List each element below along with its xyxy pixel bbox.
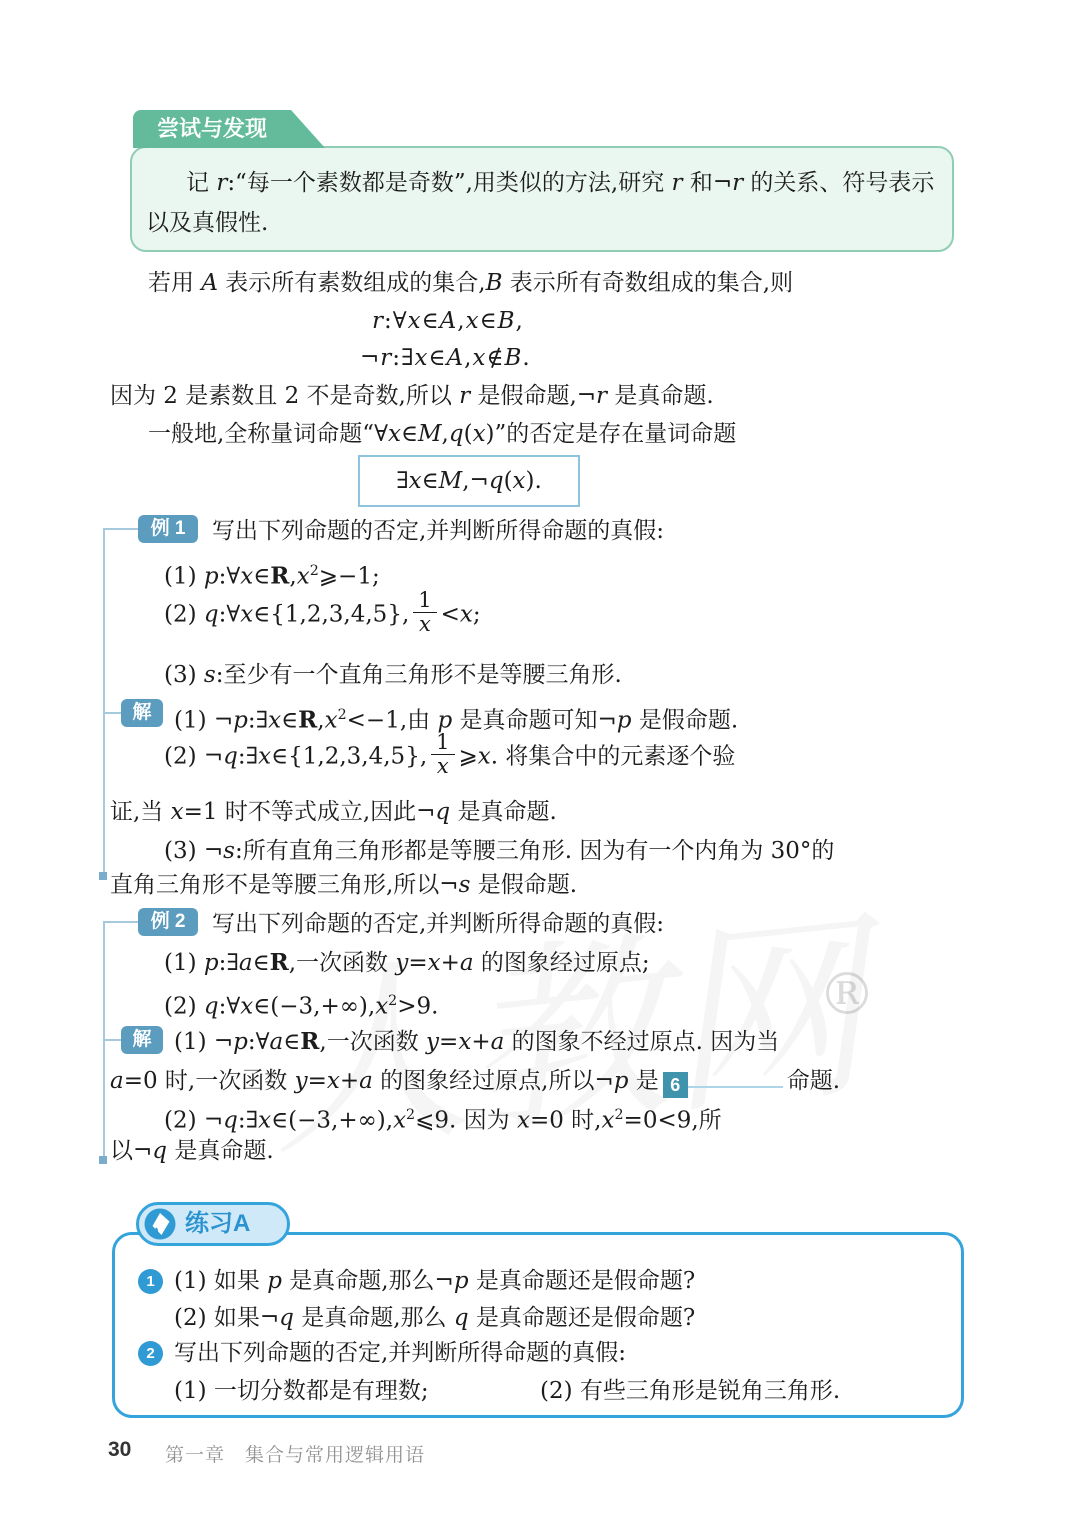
try-discover-tab-label: 尝试与发现 bbox=[157, 116, 267, 141]
solution1-badge: 解 bbox=[121, 699, 163, 727]
solution1-line1: (1) ¬p:∃x∈R,x2<−1,由 p 是真命题可知¬p 是假命题. bbox=[174, 700, 738, 736]
textbook-page: 人教网 ® 尝试与发现 记 r:“每一个素数都是奇数”,用类似的方法,研究 r … bbox=[0, 0, 1080, 1526]
solution2-line1: (1) ¬p:∀a∈R,一次函数 y=x+a 的图象不经过原点. 因为当 bbox=[174, 1027, 779, 1057]
practice-a-header: 练习A bbox=[136, 1202, 290, 1246]
practice-q2-item2: (2) 有些三角形是锐角三角形. bbox=[540, 1376, 840, 1406]
intro-paragraph: 若用 A 表示所有素数组成的集合,B 表示所有奇数组成的集合,则 bbox=[148, 268, 793, 298]
example1-item3: (3) s:至少有一个直角三角形不是等腰三角形. bbox=[164, 660, 622, 690]
solution2-line2: a=0 时,一次函数 y=x+a 的图象经过原点,所以¬p 是6命题. bbox=[110, 1063, 840, 1098]
solution1-connector-line bbox=[104, 712, 121, 714]
key-formula: ∃x∈M,¬q(x). bbox=[396, 466, 542, 496]
page-number: 30 bbox=[108, 1436, 131, 1464]
practice-q1-line2: (2) 如果¬q 是真命题,那么 q 是真命题还是假命题? bbox=[174, 1303, 695, 1333]
example2-title: 写出下列命题的否定,并判断所得命题的真假: bbox=[212, 909, 664, 939]
example1-margin-line bbox=[103, 528, 105, 876]
key-formula-box: ∃x∈M,¬q(x). bbox=[358, 455, 580, 507]
solution2-badge: 解 bbox=[121, 1026, 163, 1054]
example1-end-mark bbox=[99, 872, 107, 880]
solution2-connector-line bbox=[104, 1039, 121, 1041]
practice-q2-line: 写出下列命题的否定,并判断所得命题的真假: bbox=[174, 1338, 626, 1368]
example2-item2: (2) q:∀x∈(−3,+∞),x2>9. bbox=[164, 986, 438, 1022]
chapter-title: 第一章 集合与常用逻辑用语 bbox=[165, 1440, 425, 1467]
example1-item2: (2) q:∀x∈{1,2,3,4,5},1x<x; bbox=[164, 592, 481, 639]
registered-trademark-icon: ® bbox=[818, 960, 876, 1028]
example2-end-mark bbox=[99, 1156, 107, 1164]
general-rule-paragraph: 一般地,全称量词命题“∀x∈M,q(x)”的否定是存在量词命题 bbox=[148, 419, 736, 449]
try-discover-tab: 尝试与发现 bbox=[133, 110, 325, 148]
practice-question2-number: 2 bbox=[138, 1341, 163, 1366]
example1-badge: 例 1 bbox=[138, 515, 198, 543]
example2-item1: (1) p:∃a∈R,一次函数 y=x+a 的图象经过原点; bbox=[164, 948, 650, 978]
try-discover-text-line1: 记 r:“每一个素数都是奇数”,用类似的方法,研究 r 和¬r 的关系、符号表示 bbox=[186, 168, 934, 198]
example1-item1: (1) p:∀x∈R,x2⩾−1; bbox=[164, 556, 380, 592]
solution1-line2: (2) ¬q:∃x∈{1,2,3,4,5},1x⩾x. 将集合中的元素逐个验 bbox=[164, 734, 735, 781]
intro-explanation: 因为 2 是素数且 2 不是奇数,所以 r 是假命题,¬r 是真命题. bbox=[110, 381, 714, 411]
example2-badge: 例 2 bbox=[138, 908, 198, 936]
solution1-line5: 直角三角形不是等腰三角形,所以¬s 是假命题. bbox=[110, 870, 577, 900]
practice-a-label: 练习A bbox=[185, 1212, 250, 1236]
example1-connector-line bbox=[104, 528, 140, 530]
practice-question1-number: 1 bbox=[138, 1269, 163, 1294]
solution1-line3: 证,当 x=1 时不等式成立,因此¬q 是真命题. bbox=[110, 797, 557, 827]
formula-not-r: ¬r:∃x∈A,x∉B. bbox=[360, 343, 531, 373]
solution2-line4: 以¬q 是真命题. bbox=[110, 1136, 274, 1166]
solution1-line4: (3) ¬s:所有直角三角形都是等腰三角形. 因为有一个内角为 30°的 bbox=[164, 836, 834, 866]
try-discover-text-line2: 以及真假性. bbox=[146, 208, 268, 238]
example1-title: 写出下列命题的否定,并判断所得命题的真假: bbox=[212, 516, 664, 546]
solution2-line3: (2) ¬q:∃x∈(−3,+∞),x2⩽9. 因为 x=0 时,x2=0<9,… bbox=[164, 1100, 722, 1136]
practice-book-icon bbox=[143, 1207, 177, 1241]
practice-q2-item1: (1) 一切分数都是有理数; bbox=[174, 1376, 429, 1406]
formula-r: r:∀x∈A,x∈B, bbox=[372, 306, 524, 336]
example2-connector-line bbox=[104, 921, 140, 923]
practice-q1-line1: (1) 如果 p 是真命题,那么¬p 是真命题还是假命题? bbox=[174, 1266, 695, 1296]
